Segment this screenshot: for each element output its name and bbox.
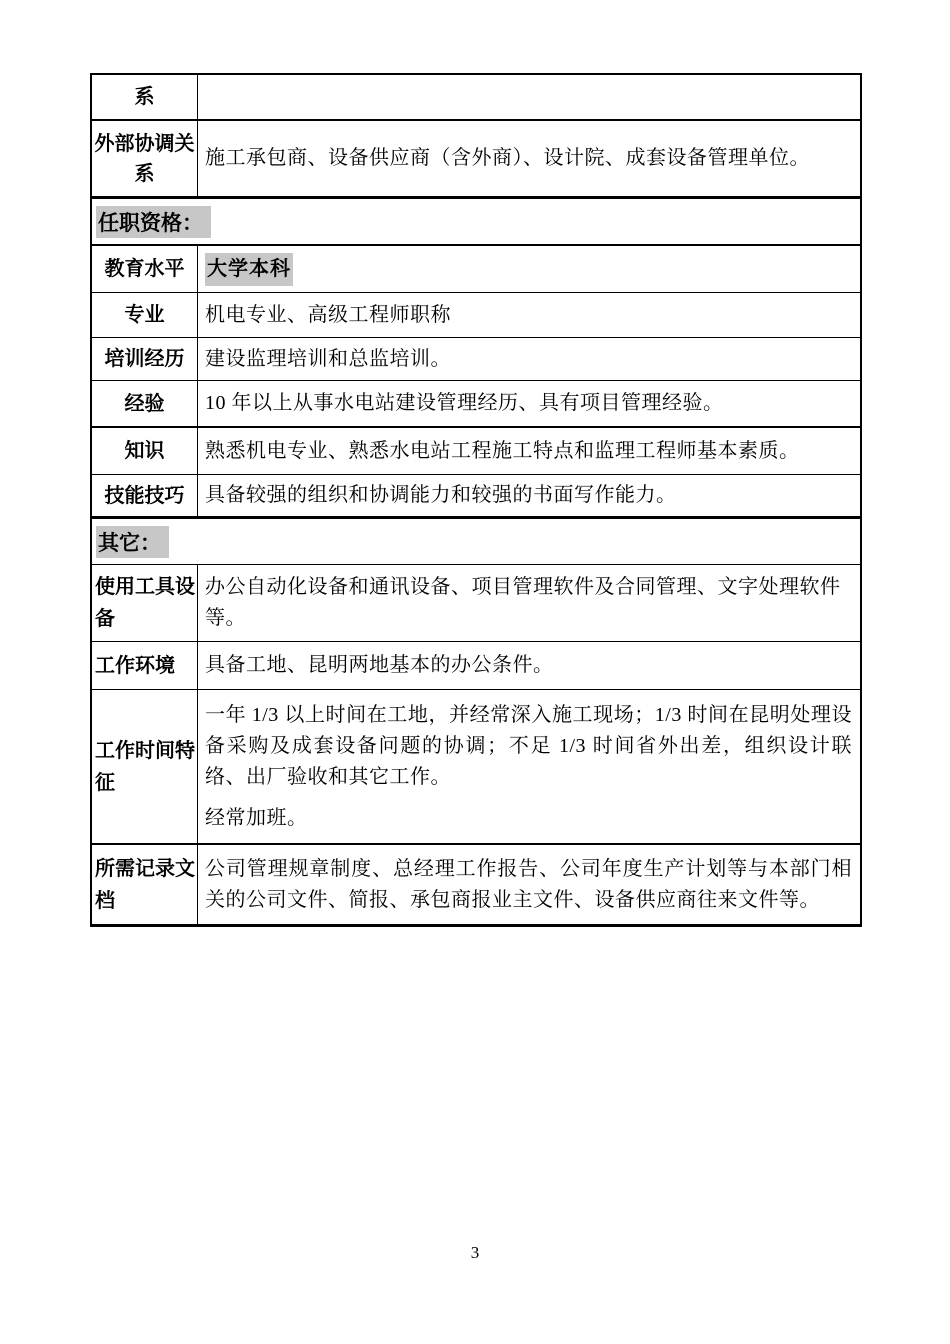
row-content-training: 建设监理培训和总监培训。	[198, 338, 860, 380]
page-number: 3	[0, 1243, 950, 1263]
table-row-work-environment: 工作环境 具备工地、昆明两地基本的办公条件。	[92, 642, 860, 690]
row-content-work-environment: 具备工地、昆明两地基本的办公条件。	[198, 642, 860, 689]
table-row-experience: 经验 10 年以上从事水电站建设管理经历、具有项目管理经验。	[92, 381, 860, 428]
work-time-paragraph-2: 经常加班。	[205, 803, 852, 834]
row-label-training: 培训经历	[92, 338, 198, 380]
work-time-paragraph-1: 一年 1/3 以上时间在工地，并经常深入施工现场；1/3 时间在昆明处理设备采购…	[205, 700, 852, 793]
table-row-knowledge: 知识 熟悉机电专业、熟悉水电站工程施工特点和监理工程师基本素质。	[92, 428, 860, 475]
section-header-qualifications: 任职资格：	[92, 199, 860, 246]
row-content-skills: 具备较强的组织和协调能力和较强的书面写作能力。	[198, 475, 860, 516]
row-label-tools-equipment: 使用工具设备	[92, 565, 198, 641]
section-title-qualifications: 任职资格：	[96, 206, 211, 238]
row-label-required-documents: 所需记录文档	[92, 845, 198, 924]
table-row-required-documents: 所需记录文档 公司管理规章制度、总经理工作报告、公司年度生产计划等与本部门相关的…	[92, 845, 860, 924]
table-row-relation-continuation: 系	[92, 75, 860, 121]
section-header-others: 其它：	[92, 519, 860, 565]
work-time-paragraphs: 一年 1/3 以上时间在工地，并经常深入施工现场；1/3 时间在昆明处理设备采购…	[205, 700, 852, 834]
highlighted-value-education: 大学本科	[205, 253, 293, 286]
row-label-work-time: 工作时间特征	[92, 690, 198, 843]
table-row-tools-equipment: 使用工具设备 办公自动化设备和通讯设备、项目管理软件及合同管理、文字处理软件等。	[92, 565, 860, 642]
row-label-education-level: 教育水平	[92, 246, 198, 292]
row-label-external-coordination: 外部协调关系	[92, 121, 198, 196]
table-row-work-time: 工作时间特征 一年 1/3 以上时间在工地，并经常深入施工现场；1/3 时间在昆…	[92, 690, 860, 845]
row-content-external-coordination: 施工承包商、设备供应商（含外商）、设计院、成套设备管理单位。	[198, 121, 860, 196]
row-label-skills: 技能技巧	[92, 475, 198, 516]
row-label-major: 专业	[92, 293, 198, 337]
table-row-skills: 技能技巧 具备较强的组织和协调能力和较强的书面写作能力。	[92, 475, 860, 519]
row-content-experience: 10 年以上从事水电站建设管理经历、具有项目管理经验。	[198, 381, 860, 426]
row-label-relation-continuation: 系	[92, 75, 198, 119]
row-label-experience: 经验	[92, 381, 198, 426]
row-content-major: 机电专业、高级工程师职称	[198, 293, 860, 337]
row-content-knowledge: 熟悉机电专业、熟悉水电站工程施工特点和监理工程师基本素质。	[198, 428, 860, 474]
table-row-education-level: 教育水平 大学本科	[92, 246, 860, 293]
row-content-tools-equipment: 办公自动化设备和通讯设备、项目管理软件及合同管理、文字处理软件等。	[198, 565, 860, 641]
required-documents-text: 公司管理规章制度、总经理工作报告、公司年度生产计划等与本部门相关的公司文件、简报…	[205, 854, 852, 916]
table-row-training: 培训经历 建设监理培训和总监培训。	[92, 338, 860, 381]
job-description-table: 系 外部协调关系 施工承包商、设备供应商（含外商）、设计院、成套设备管理单位。 …	[90, 73, 862, 927]
table-row-external-coordination: 外部协调关系 施工承包商、设备供应商（含外商）、设计院、成套设备管理单位。	[92, 121, 860, 199]
row-label-work-environment: 工作环境	[92, 642, 198, 689]
row-content-required-documents: 公司管理规章制度、总经理工作报告、公司年度生产计划等与本部门相关的公司文件、简报…	[198, 845, 860, 924]
row-content-relation-continuation	[198, 75, 860, 119]
row-content-work-time: 一年 1/3 以上时间在工地，并经常深入施工现场；1/3 时间在昆明处理设备采购…	[198, 690, 860, 843]
row-label-knowledge: 知识	[92, 428, 198, 474]
section-title-others: 其它：	[96, 526, 169, 558]
row-content-education-level: 大学本科	[198, 246, 860, 292]
table-row-major: 专业 机电专业、高级工程师职称	[92, 293, 860, 338]
